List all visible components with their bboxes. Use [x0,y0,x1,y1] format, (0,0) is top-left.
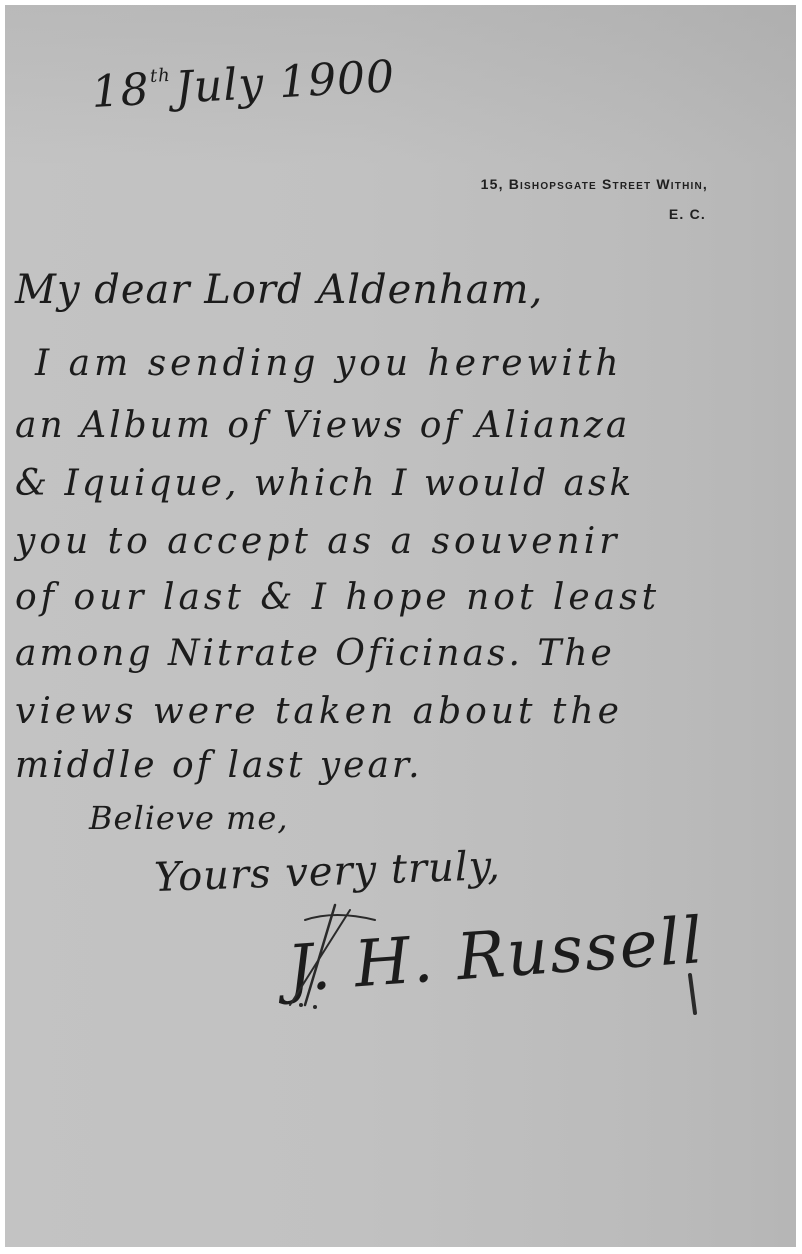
body-line: an Album of Views of Alianza [15,405,630,446]
body-line: you to accept as a souvenir [15,521,620,562]
address-line-2: E. C. [481,199,708,229]
date-rest: July 1900 [174,51,396,113]
signature: J. H. Russell [285,904,707,1007]
body-line: of our last & I hope not least [15,577,660,618]
closing-believe: Believe me, [89,799,289,837]
body-line: & Iquique, which I would ask [15,463,634,504]
salutation: My dear Lord Aldenham, [15,267,543,313]
address-line-1: 15, Bishopsgate Street Within, [481,176,708,192]
date-ordinal: th [149,65,171,87]
letterhead-address: 15, Bishopsgate Street Within, E. C. [481,169,708,229]
body-line: among Nitrate Oficinas. The [15,633,615,674]
letter-date: 18thJuly 1900 [90,51,396,118]
closing-yours: Yours very truly, [153,843,501,901]
date-day: 18 [90,64,151,118]
body-line: views were taken about the [15,691,623,732]
signature-text: J. H. Russell [285,904,707,1007]
letter-page: 18thJuly 1900 15, Bishopsgate Street Wit… [5,5,796,1247]
body-line: I am sending you herewith [35,343,623,384]
body-line: middle of last year. [15,745,423,786]
